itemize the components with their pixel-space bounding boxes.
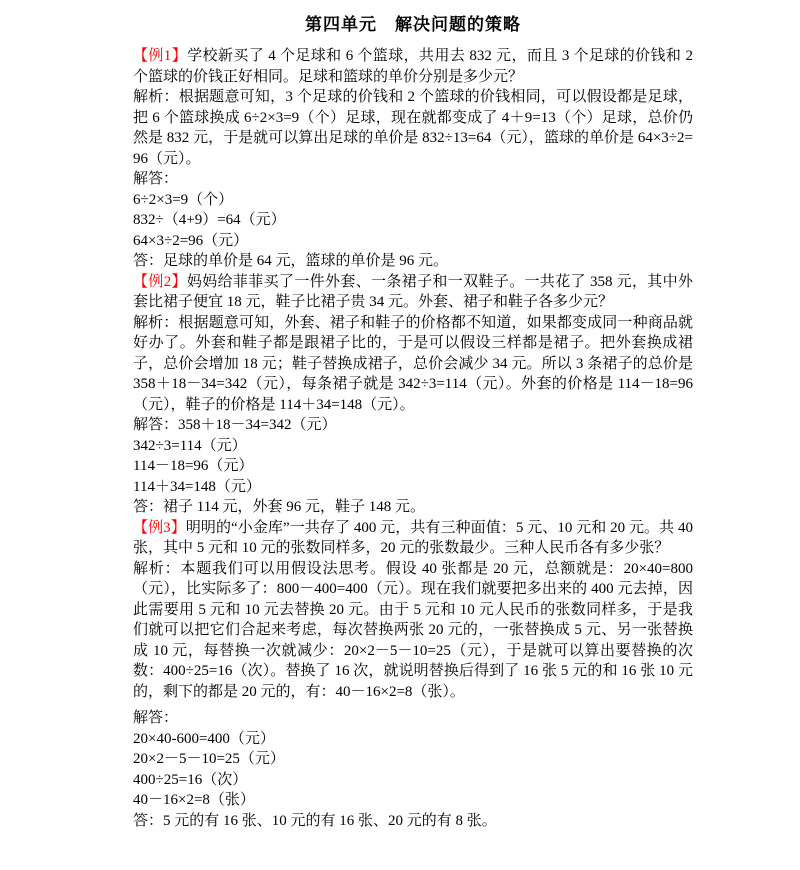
example-2-solution-line: 342÷3=114（元）	[133, 436, 693, 457]
example-3-solution-line: 20×40-600=400（元）	[133, 729, 693, 750]
document-body: 第四单元 解决问题的策略 【例1】学校新买了 4 个足球和 6 个篮球，共用去 …	[133, 0, 693, 831]
example-3-marker: 【例3】	[133, 520, 186, 536]
example-3: 【例3】明明的“小金库”一共存了 400 元，共有三种面值：5 元、10 元和 …	[133, 518, 693, 832]
example-2-solution-line: 解答：358＋18－34=342（元）	[133, 415, 693, 436]
example-2-solution-line: 114＋34=148（元）	[133, 477, 693, 498]
example-3-analysis: 解析：本题我们可以用假设法思考。假设 40 张都是 20 元，总额就是：20×4…	[133, 559, 693, 703]
example-2-answer: 答：裙子 114 元，外套 96 元，鞋子 148 元。	[133, 497, 693, 518]
example-2-marker: 【例2】	[133, 274, 187, 290]
example-2-analysis: 解析：根据题意可知，外套、裙子和鞋子的价格都不知道，如果都变成同一种商品就好办了…	[133, 313, 693, 416]
example-1-problem-text: 学校新买了 4 个足球和 6 个篮球，共用去 832 元，而且 3 个足球的价钱…	[133, 48, 693, 85]
example-1-solution-line: 832÷（4+9）=64（元）	[133, 210, 693, 231]
example-2: 【例2】妈妈给菲菲买了一件外套、一条裙子和一双鞋子。一共花了 358 元，其中外…	[133, 272, 693, 518]
example-1-solution-line: 6÷2×3=9（个）	[133, 190, 693, 211]
example-3-solution-line: 20×2－5－10=25（元）	[133, 749, 693, 770]
example-3-problem-text: 明明的“小金库”一共存了 400 元，共有三种面值：5 元、10 元和 20 元…	[133, 520, 693, 557]
example-3-problem: 【例3】明明的“小金库”一共存了 400 元，共有三种面值：5 元、10 元和 …	[133, 518, 693, 559]
example-1-solution-line: 64×3÷2=96（元）	[133, 231, 693, 252]
page-title: 第四单元 解决问题的策略	[133, 10, 693, 35]
example-3-solution-line: 40－16×2=8（张）	[133, 790, 693, 811]
example-1-analysis: 解析：根据题意可知，3 个足球的价钱和 2 个篮球的价钱相同，可以假设都是足球，…	[133, 87, 693, 169]
example-1-marker: 【例1】	[133, 48, 187, 64]
example-2-solution-line: 114－18=96（元）	[133, 456, 693, 477]
example-1-answer: 答：足球的单价是 64 元，篮球的单价是 96 元。	[133, 251, 693, 272]
example-1-solution-label: 解答：	[133, 169, 693, 190]
document-page: 第四单元 解决问题的策略 【例1】学校新买了 4 个足球和 6 个篮球，共用去 …	[0, 0, 800, 870]
example-3-solution-label: 解答：	[133, 708, 693, 729]
example-3-solution-line: 400÷25=16（次）	[133, 770, 693, 791]
example-3-answer: 答：5 元的有 16 张、10 元的有 16 张、20 元的有 8 张。	[133, 811, 693, 832]
example-1: 【例1】学校新买了 4 个足球和 6 个篮球，共用去 832 元，而且 3 个足…	[133, 46, 693, 272]
example-2-problem: 【例2】妈妈给菲菲买了一件外套、一条裙子和一双鞋子。一共花了 358 元，其中外…	[133, 272, 693, 313]
example-1-problem: 【例1】学校新买了 4 个足球和 6 个篮球，共用去 832 元，而且 3 个足…	[133, 46, 693, 87]
example-2-problem-text: 妈妈给菲菲买了一件外套、一条裙子和一双鞋子。一共花了 358 元，其中外套比裙子…	[133, 274, 693, 311]
